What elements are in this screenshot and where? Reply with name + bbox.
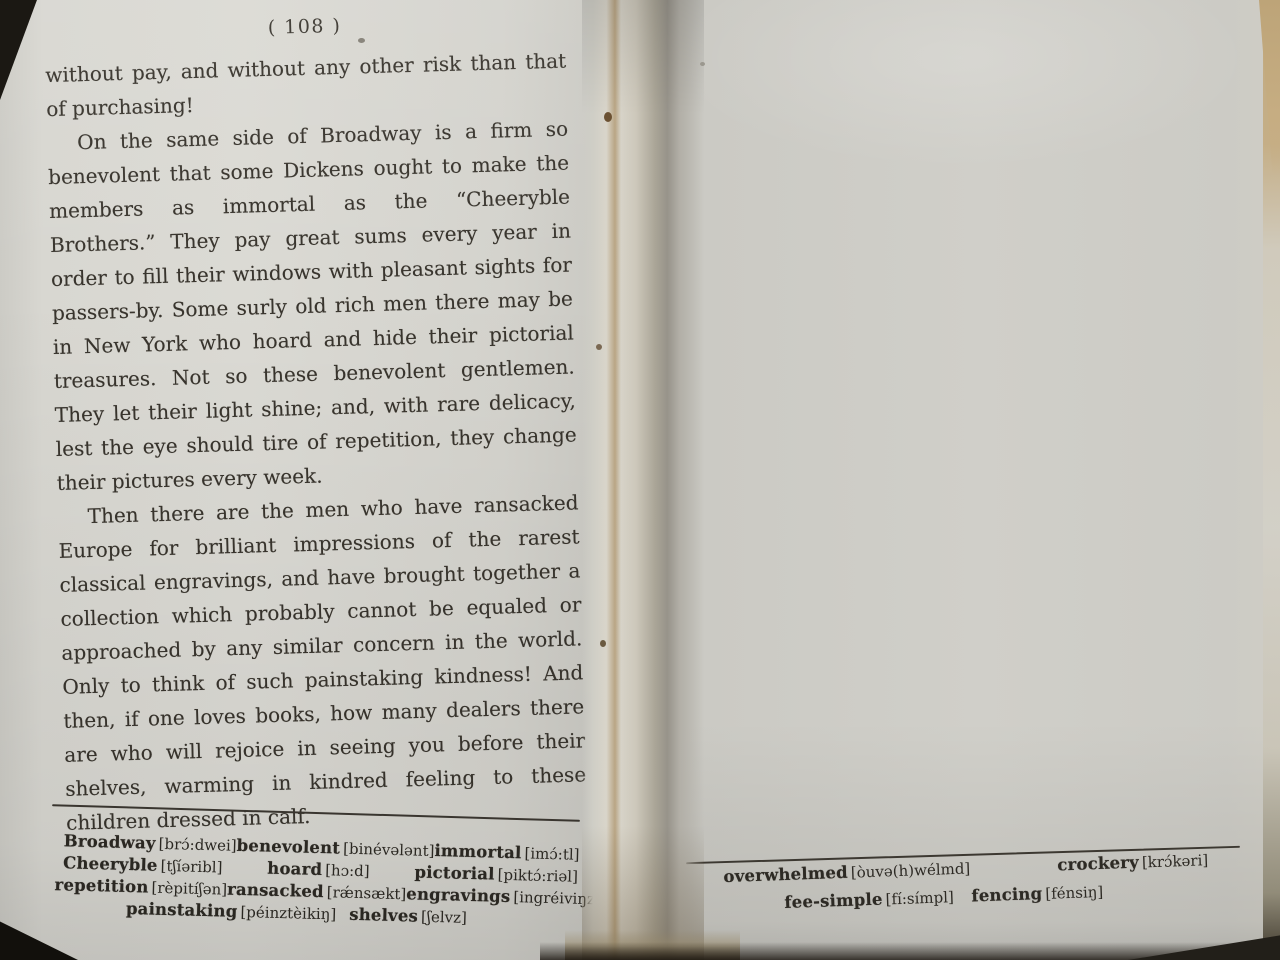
- vocab-pron: [piktɔ́:riəl]: [497, 866, 578, 886]
- vocab-word: painstaking: [126, 899, 238, 921]
- vocab-word: pictorial: [414, 863, 495, 884]
- vocab-entry: Broadway[brɔ́:dwei]: [63, 830, 237, 857]
- vocab-entry: repetition[rèpitíʃən]: [54, 874, 227, 901]
- vocab-word: fee-simple: [784, 890, 883, 912]
- vocab-pron: [imɔ́:tl]: [524, 844, 579, 863]
- vocab-pron: [rèpitíʃən]: [151, 879, 227, 899]
- vocab-entry: shelves[ʃelvz]: [349, 904, 467, 929]
- vocab-entry: fee-simple[fí:símpl]: [784, 883, 954, 917]
- vocab-pron: [ʃelvz]: [421, 908, 467, 927]
- left-page-number: ( 108 ): [44, 9, 565, 46]
- vocab-pron: [hɔ:d]: [325, 861, 370, 880]
- vocab-pron: [péinztèikiŋ]: [240, 903, 336, 924]
- vocab-pron: [rǽnsækt]: [327, 883, 407, 903]
- vocab-pron: [tʃíəribl]: [160, 857, 222, 877]
- left-vocab-separator-rule: [52, 804, 580, 822]
- vocab-word: Broadway: [63, 831, 155, 852]
- vocab-word: overwhelmed: [723, 863, 848, 886]
- left-paragraph-2: On the same side of Broadway is a firm s…: [47, 112, 578, 500]
- vocab-word: benevolent: [236, 836, 340, 858]
- vocab-pron: [krɔ́kəri]: [1142, 851, 1209, 871]
- vocab-entry: crockery[krɔ́kəri]: [1057, 846, 1209, 879]
- vocab-pron: [fénsiŋ]: [1045, 883, 1104, 903]
- book-photo: ( 108 ) without pay, and without any oth…: [0, 0, 1280, 960]
- vocab-row: Broadway[brɔ́:dwei] benevolent[binévələn…: [51, 830, 578, 866]
- vocab-word: immortal: [434, 841, 522, 862]
- left-paragraph-1: without pay, and without any other risk …: [45, 44, 568, 127]
- vocab-word: crockery: [1057, 853, 1139, 875]
- vocab-entry: ransacked[rǽnsækt]: [227, 879, 407, 906]
- vocab-entry: benevolent[binévələnt]: [236, 835, 434, 862]
- vocab-word: Cheeryble: [63, 853, 158, 874]
- vocab-pron: [brɔ́:dwei]: [158, 835, 236, 855]
- vocab-entry: hoard[hɔ:d]: [267, 858, 370, 883]
- vocab-pron: [ingréiviŋz]: [513, 888, 601, 908]
- vocab-entry: pictorial[piktɔ́:riəl]: [414, 862, 578, 888]
- vocab-row: painstaking[péinztèikiŋ] shelves[ʃelvz]: [50, 896, 577, 932]
- vocab-entry: immortal[imɔ́:tl]: [434, 840, 580, 866]
- left-page: ( 108 ) without pay, and without any oth…: [0, 0, 612, 960]
- vocab-entry: Cheeryble[tʃíəribl]: [63, 852, 223, 878]
- vocab-entry: engravings[ingréiviŋz]: [406, 883, 601, 910]
- vocab-word: hoard: [267, 859, 322, 879]
- vocab-pron: [binévələnt]: [343, 840, 435, 860]
- vocab-pron: [fí:símpl]: [885, 888, 954, 908]
- right-page: ( 109 ) I am sometimes overwhelmed with …: [612, 0, 1280, 960]
- vocab-pron: [òuvə(h)wélmd]: [851, 860, 971, 882]
- vocab-word: shelves: [349, 905, 418, 926]
- vocab-word: engravings: [406, 884, 511, 906]
- vocab-row: Cheeryble[tʃíəribl] hoard[hɔ:d] pictoria…: [51, 852, 578, 888]
- left-paragraph-3: Then there are the men who have ransacke…: [57, 485, 587, 839]
- left-vocab-section: Broadway[brɔ́:dwei] benevolent[binévələn…: [50, 830, 579, 932]
- vocab-word: ransacked: [227, 880, 324, 902]
- vocab-entry: fencing[fénsiŋ]: [971, 878, 1104, 911]
- vocab-entry: painstaking[péinztèikiŋ]: [126, 898, 337, 925]
- vocab-word: repetition: [54, 875, 148, 896]
- vocab-word: fencing: [971, 884, 1042, 905]
- left-page-text-block: ( 108 ) without pay, and without any oth…: [44, 9, 588, 840]
- vocab-row: repetition[rèpitíʃən] ransacked[rǽnsækt]…: [50, 874, 577, 910]
